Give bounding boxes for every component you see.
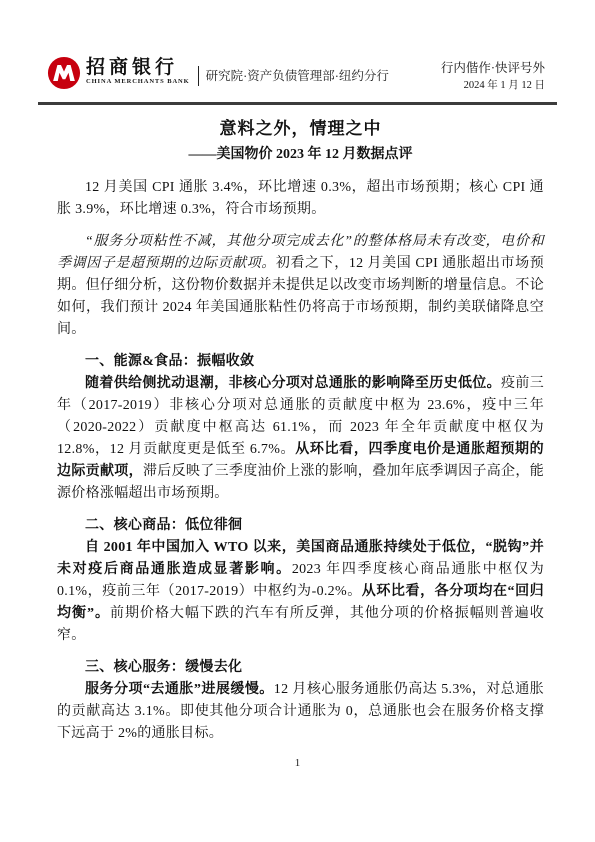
series-label: 行内偕作·快评号外 <box>441 61 545 76</box>
bank-brand: 招商银行 CHINA MERCHANTS BANK 研究院·资产负债管理部·纽约… <box>47 56 389 90</box>
header-rule <box>38 102 557 105</box>
page-number: 1 <box>295 757 301 769</box>
report-body: 意料之外，情理之中 ——美国物价 2023 年 12 月数据点评 12 月美国 … <box>57 118 544 755</box>
section-heading-energy-food: 一、能源&食品：振幅收敛 <box>57 351 544 373</box>
section-core-goods-paragraph: 自 2001 年中国加入 WTO 以来，美国商品通胀持续处于低位，“脱钩”并未对… <box>57 537 544 647</box>
intro-paragraph-1: 12 月美国 CPI 通胀 3.4%，环比增速 0.3%，超出市场预期；核心 C… <box>57 177 544 221</box>
report-title: 意料之外，情理之中 <box>57 118 544 140</box>
report-date: 2024 年 1 月 12 日 <box>441 79 545 93</box>
text-run-bold: 随着供给侧扰动退潮，非核心分项对总通胀的影响降至历史低位。 <box>85 376 501 391</box>
cmb-logo-icon <box>47 56 81 90</box>
intro-paragraph-2: “服务分项粘性不减，其他分项完成去化”的整体格局未有改变，电价和季调因子是超预期… <box>57 231 544 341</box>
section-core-services-paragraph: 服务分项“去通胀”进展缓慢。12 月核心服务通胀仍高达 5.3%，对总通胀的贡献… <box>57 679 544 745</box>
report-footer: 1 <box>0 753 595 771</box>
issue-block: 行内偕作·快评号外 2024 年 1 月 12 日 <box>441 61 545 93</box>
report-header: 招商银行 CHINA MERCHANTS BANK 研究院·资产负债管理部·纽约… <box>47 56 545 98</box>
text-run-bold: 服务分项“去通胀”进展缓慢。 <box>85 682 274 697</box>
bank-name-block: 招商银行 CHINA MERCHANTS BANK <box>86 56 190 86</box>
report-subtitle: ——美国物价 2023 年 12 月数据点评 <box>57 146 544 164</box>
section-heading-core-goods: 二、核心商品：低位徘徊 <box>57 515 544 537</box>
section-heading-core-services: 三、核心服务：缓慢去化 <box>57 657 544 679</box>
department-label: 研究院·资产负债管理部·纽约分行 <box>198 66 389 86</box>
text-run: 12 月美国 CPI 通胀 3.4%，环比增速 0.3%，超出市场预期；核心 C… <box>57 180 544 217</box>
bank-name-cn: 招商银行 <box>86 58 190 78</box>
section-energy-food-paragraph: 随着供给侧扰动退潮，非核心分项对总通胀的影响降至历史低位。疫前三年（2017-2… <box>57 373 544 505</box>
bank-name-en: CHINA MERCHANTS BANK <box>86 78 190 86</box>
text-run: 前期价格大幅下跌的汽车有所反弹，其他分项的价格振幅则普遍收窄。 <box>57 606 544 643</box>
report-page: 招商银行 CHINA MERCHANTS BANK 研究院·资产负债管理部·纽约… <box>0 0 595 842</box>
